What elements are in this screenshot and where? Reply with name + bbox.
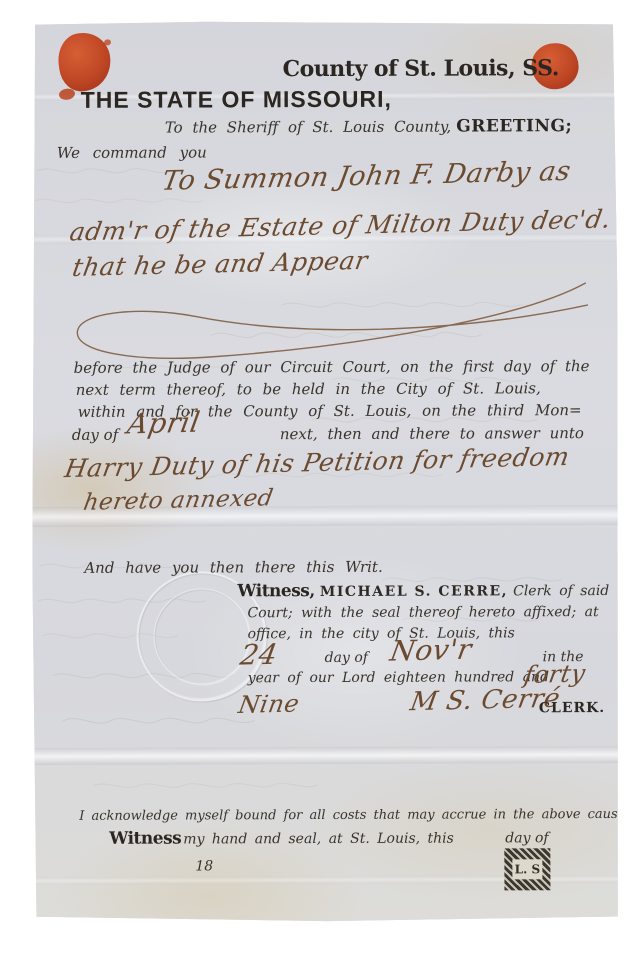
- body-line2: next term thereof, to be held in the Cit…: [76, 379, 541, 399]
- handwritten-summons-line2: adm'r of the Estate of Milton Duty dec'd…: [68, 204, 614, 246]
- attestation-day-of: day of: [325, 650, 368, 666]
- handwritten-summons-line1: To Summon John F. Darby as: [160, 156, 574, 197]
- attestation-witness-word: Witness,: [237, 581, 314, 601]
- footer-bond-line: I acknowledge myself bound for all costs…: [79, 807, 629, 824]
- body-line1: before the Judge of our Circuit Court, o…: [74, 357, 590, 377]
- attestation-line2: Court; with the seal thereof hereto affi…: [247, 604, 598, 621]
- paper-crease: [33, 746, 619, 765]
- clerk-title: CLERK.: [539, 700, 605, 716]
- locus-sigilli-seal: L. S: [504, 848, 550, 890]
- writ-line: And have you then there this Writ.: [84, 558, 382, 577]
- body-line4-prefix: day of: [72, 426, 118, 444]
- footer-year-prefix: 18: [195, 858, 213, 874]
- footer-hand-line: my hand and seal, at St. Louis, this: [183, 831, 454, 848]
- red-wax-seal-left: [55, 29, 115, 94]
- state-heading: THE STATE OF MISSOURI,: [81, 86, 392, 114]
- clerk-name: MICHAEL S. CERRE,: [320, 583, 508, 600]
- handwritten-summons-line3: that he be and Appear: [70, 246, 370, 282]
- footer-witness-word: Witness: [109, 829, 181, 849]
- embossed-court-seal-inner: [153, 588, 249, 684]
- scanned-writ-page: { "header": { "county_line": "County of …: [0, 0, 640, 967]
- handwritten-day-24: 24: [238, 638, 280, 672]
- handwritten-month-april: April: [125, 406, 203, 441]
- we-command-line: We command you: [57, 143, 207, 162]
- locus-sigilli-label: L. S: [512, 859, 542, 879]
- handwritten-month-nov: Nov'r: [388, 633, 475, 668]
- footer-day-of: day of: [505, 830, 548, 846]
- handwritten-cause-line2: hereto annexed: [82, 485, 276, 516]
- to-sheriff-line: To the Sheriff of St. Louis County,: [165, 118, 451, 137]
- document-paper: County of St. Louis, SS. THE STATE OF MI…: [30, 19, 619, 923]
- attestation-line3: office, in the city of St. Louis, this: [248, 625, 515, 642]
- attestation-tail1: Clerk of said: [513, 583, 609, 599]
- handwritten-cause-line1: Harry Duty of his Petition for freedom: [63, 442, 572, 483]
- body-line4-suffix: next, then and there to answer unto: [280, 424, 584, 443]
- attestation-line4: year of our Lord eighteen hundred and: [248, 669, 549, 686]
- greeting-word: GREETING;: [456, 116, 572, 136]
- handwritten-nine: Nine: [236, 689, 301, 718]
- county-heading: County of St. Louis, SS.: [283, 55, 559, 82]
